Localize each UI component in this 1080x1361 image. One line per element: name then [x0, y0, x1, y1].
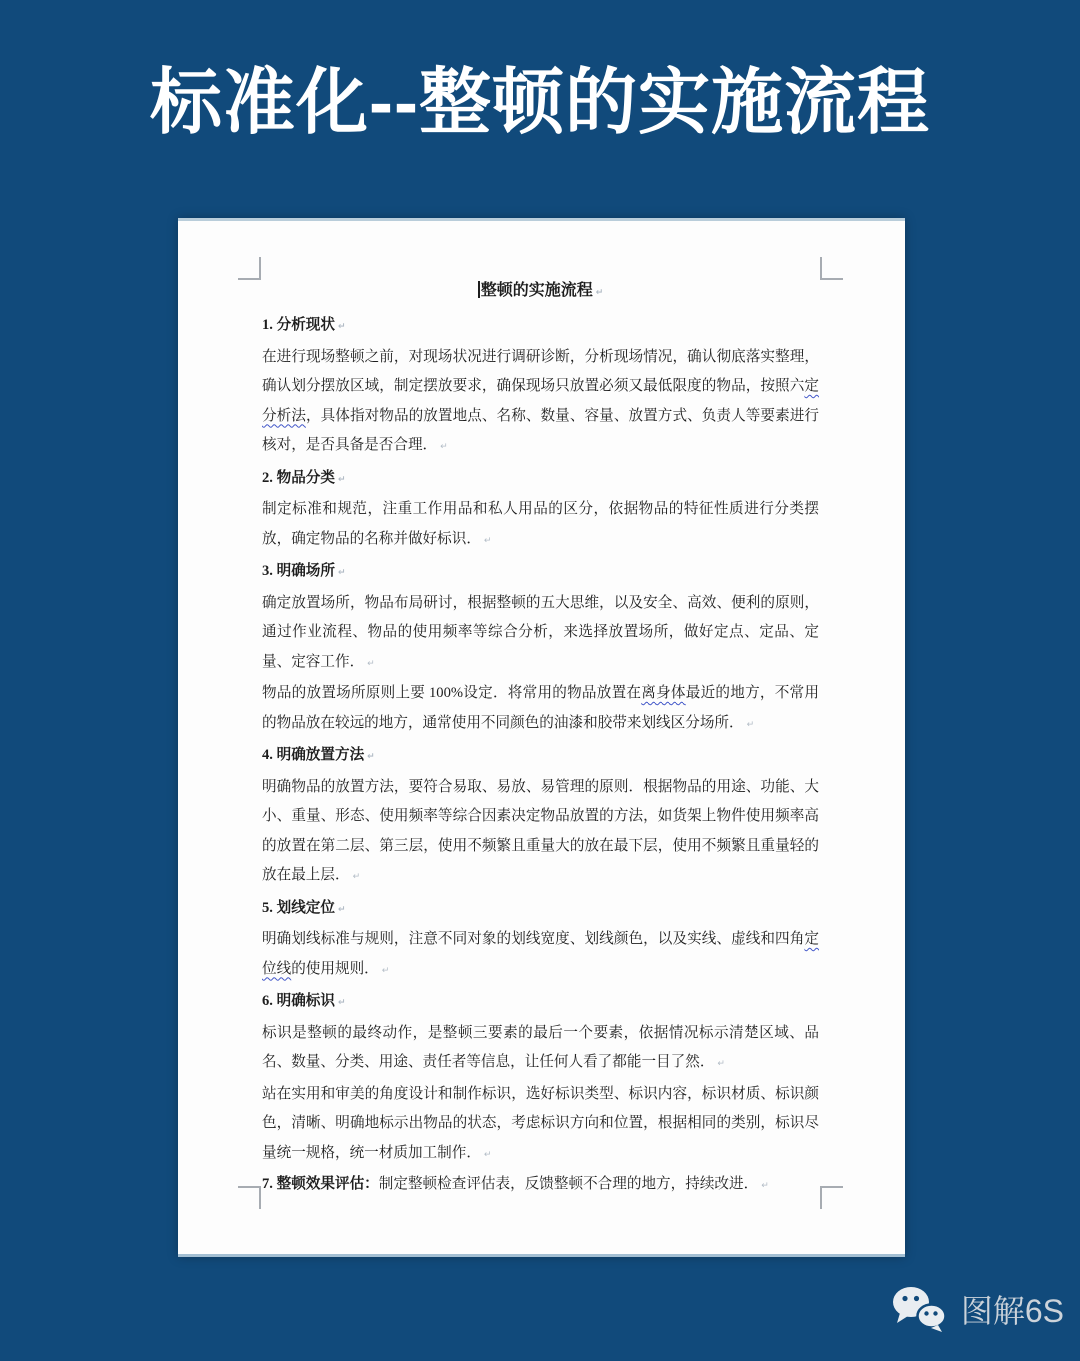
margin-crop-mark-bottom-left: [238, 1186, 261, 1209]
section-heading: 4. 明确放置方法: [262, 741, 819, 773]
badge-label: 图解6S: [961, 1286, 1064, 1332]
document-title-row: 整顿的实施流程: [262, 276, 819, 308]
document-paragraph: 制定标准和规范，注重工作用品和私人用品的区分，依据物品的特征性质进行分类摆放，确…: [262, 495, 819, 556]
document-paragraph: 物品的放置场所原则上要 100%设定．将常用的物品放置在离身体最近的地方，不常用…: [262, 679, 819, 740]
spellcheck-squiggle-text: 离身体: [641, 685, 686, 701]
section-heading: 1. 分析现状: [262, 311, 819, 343]
text-run: 的使用规则．: [291, 961, 379, 977]
margin-crop-mark-bottom-right: [820, 1186, 843, 1209]
section-heading: 5. 划线定位: [262, 894, 819, 926]
section-heading: 3. 明确场所: [262, 557, 819, 589]
text-run: 明确物品的放置方法，要符合易取、易放、易管理的原则．根据物品的用途、功能、大小、…: [262, 779, 819, 884]
text-run: 明确划线标准与规则，注意不同对象的划线宽度、划线颜色，以及实线、虚线和四角: [262, 931, 804, 947]
section-heading: 2. 物品分类: [262, 464, 819, 496]
document-paragraph: 明确划线标准与规则，注意不同对象的划线宽度、划线颜色，以及实线、虚线和四角定位线…: [262, 925, 819, 986]
text-cursor: [478, 281, 480, 298]
document-paragraph: 站在实用和审美的角度设计和制作标识，选好标识类型、标识内容，标识材质、标识颜色，…: [262, 1080, 819, 1171]
document-sections: 1. 分析现状在进行现场整顿之前，对现场状况进行调研诊断，分析现场情况，确认彻底…: [262, 311, 819, 1202]
text-run: 制定整顿检查评估表，反馈整顿不合理的地方，持续改进．: [379, 1176, 758, 1192]
wechat-icon: [890, 1285, 948, 1333]
text-run: 在进行现场整顿之前，对现场状况进行调研诊断，分析现场情况，确认彻底落实整理，确认…: [262, 349, 819, 395]
text-run: 制定标准和规范，注重工作用品和私人用品的区分，依据物品的特征性质进行分类摆放，确…: [262, 501, 819, 547]
margin-crop-mark-top-right: [820, 257, 843, 280]
document-paragraph: 7. 整顿效果评估：制定整顿检查评估表，反馈整顿不合理的地方，持续改进．: [262, 1170, 819, 1202]
section-heading-inline: 7. 整顿效果评估：: [262, 1176, 379, 1192]
text-run: 物品的放置场所原则上要 100%设定．将常用的物品放置在: [262, 685, 641, 701]
text-run: 标识是整顿的最终动作，是整顿三要素的最后一个要素，依据情况标示清楚区域、品名、数…: [262, 1025, 819, 1071]
text-run: 站在实用和审美的角度设计和制作标识，选好标识类型、标识内容，标识材质、标识颜色，…: [262, 1086, 819, 1161]
document-paragraph: 在进行现场整顿之前，对现场状况进行调研诊断，分析现场情况，确认彻底落实整理，确认…: [262, 343, 819, 463]
document-page: 整顿的实施流程 1. 分析现状在进行现场整顿之前，对现场状况进行调研诊断，分析现…: [178, 218, 905, 1257]
text-run: 确定放置场所，物品布局研讨，根据整顿的五大思维，以及安全、高效、便利的原则，通过…: [262, 595, 819, 670]
document-paragraph: 确定放置场所，物品布局研讨，根据整顿的五大思维，以及安全、高效、便利的原则，通过…: [262, 589, 819, 680]
document-content: 整顿的实施流程 1. 分析现状在进行现场整顿之前，对现场状况进行调研诊断，分析现…: [262, 276, 819, 1202]
document-paragraph: 标识是整顿的最终动作，是整顿三要素的最后一个要素，依据情况标示清楚区域、品名、数…: [262, 1019, 819, 1080]
margin-crop-mark-top-left: [238, 257, 261, 280]
document-title: 整顿的实施流程: [481, 282, 593, 299]
wechat-badge: 图解6S: [890, 1285, 1064, 1333]
section-heading: 6. 明确标识: [262, 987, 819, 1019]
document-paragraph: 明确物品的放置方法，要符合易取、易放、易管理的原则．根据物品的用途、功能、大小、…: [262, 773, 819, 893]
poster-title: 标准化--整顿的实施流程: [0, 44, 1080, 148]
text-run: ，具体指对物品的放置地点、名称、数量、容量、放置方式、负责人等要素进行核对，是否…: [262, 408, 819, 454]
